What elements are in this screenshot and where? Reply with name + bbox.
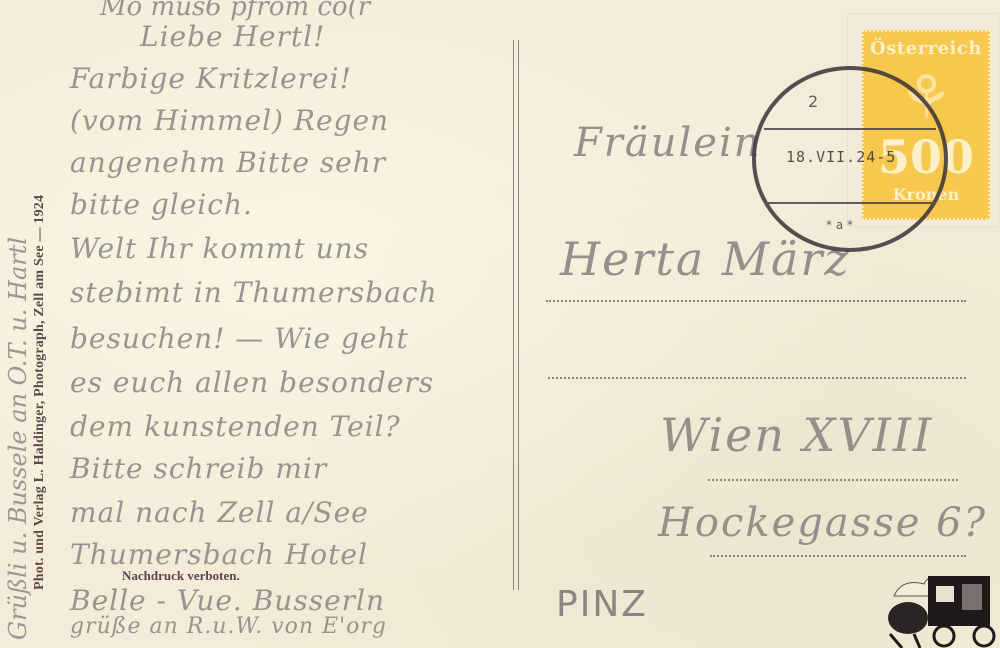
message-line: Welt Ihr kommt uns xyxy=(70,232,369,265)
message-line: Bitte schreib mir xyxy=(70,452,327,485)
message-line: dem kunstenden Teil? xyxy=(70,410,401,443)
message-line: mal nach Zell a/See xyxy=(70,496,369,529)
message-top-line: Mo mus6 pfrom co(r xyxy=(100,0,370,22)
center-divider xyxy=(513,40,519,590)
message-line: besuchen! — Wie geht xyxy=(70,322,409,355)
address-city: Wien XVIII xyxy=(660,408,933,462)
message-line: Liebe Hertl! xyxy=(140,20,325,53)
postmark: 2 18.VII.24-5 * a * xyxy=(752,66,948,252)
address-line-2 xyxy=(548,377,966,379)
postmark-date: 18.VII.24-5 xyxy=(786,148,896,166)
message-line: Thumersbach Hotel xyxy=(70,538,368,571)
postmark-bottom: * a * xyxy=(826,218,853,232)
message-line: bitte gleich. xyxy=(70,188,253,221)
message-line: Belle - Vue. Busserln xyxy=(70,584,385,617)
postcard-back: Phot. und Verlag L. Haldinger, Photograp… xyxy=(0,0,1000,648)
postmark-bar-bottom xyxy=(764,202,936,204)
margin-handwriting: Grüßli u. Bussele an O.T. u. Hartl xyxy=(4,237,32,640)
message-line: grüße an R.u.W. von E'org xyxy=(70,614,387,639)
stagecoach-icon xyxy=(884,556,1000,648)
message-line: stebimt in Thumersbach xyxy=(70,276,438,309)
stamp-country: Österreich xyxy=(864,38,988,59)
postmark-bar-top xyxy=(764,128,936,130)
address-line-1 xyxy=(546,300,966,302)
message-line: angenehm Bitte sehr xyxy=(70,146,386,179)
pencil-note: PINZ xyxy=(556,584,648,625)
address-line-3 xyxy=(708,479,958,481)
message-line: Farbige Kritzlerei! xyxy=(70,62,352,95)
address-salutation: Fräulein xyxy=(574,120,762,166)
postmark-number: 2 xyxy=(808,92,818,111)
message-line: (vom Himmel) Regen xyxy=(70,104,389,137)
publisher-imprint: Phot. und Verlag L. Haldinger, Photograp… xyxy=(32,195,48,590)
address-street: Hockegasse 6? xyxy=(658,500,987,546)
message-line: es euch allen besonders xyxy=(70,366,434,399)
